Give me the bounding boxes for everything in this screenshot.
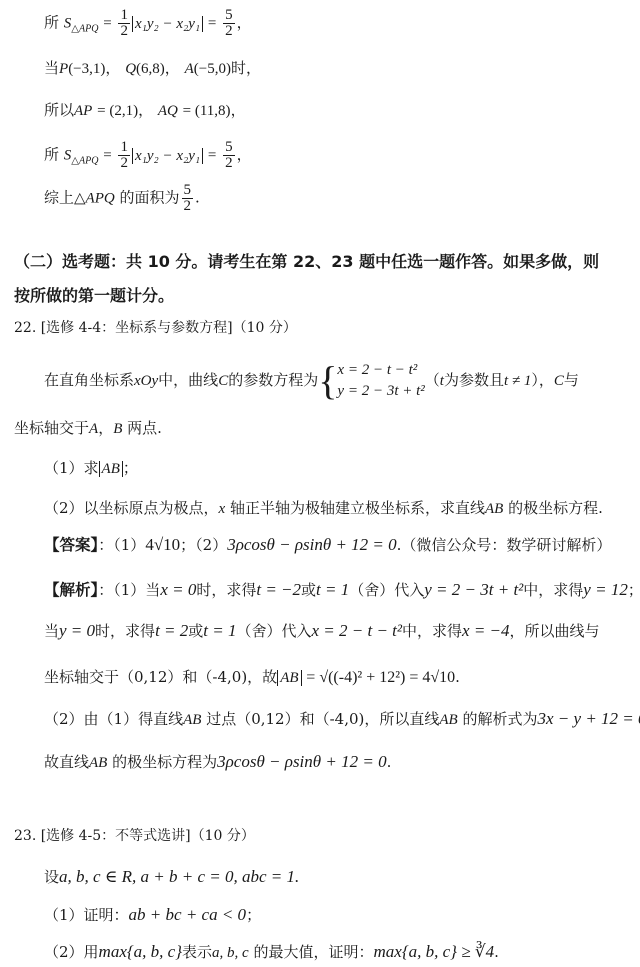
numerator: 5 (223, 140, 235, 156)
math-var: x (219, 501, 226, 517)
text: . (387, 753, 392, 771)
abs-expression: x₁y₂ − x₂y₁ (132, 148, 203, 164)
text: （1）证明： (44, 906, 129, 924)
math-var: xOy (134, 373, 158, 389)
q22-analysis-part-2-line-1: （2）由（1）得直线AB 过点（0,12）和（-4,0)，所以直线AB 的解析式… (44, 709, 640, 730)
q23-part-2: （2）用max{a, b, c}表示a, b, c 的最大值，证明：max{a,… (44, 942, 499, 963)
text: ； (246, 906, 261, 924)
q22-stem-line-2: 坐标轴交于A，B 两点. (14, 418, 162, 439)
vector-value: = (11,8) (183, 103, 231, 119)
answer-label: 【答案】 (44, 536, 98, 554)
fraction: 52 (182, 183, 194, 214)
text: （2）用 (44, 943, 99, 961)
equals: = (103, 148, 111, 164)
q22-analysis-line-2: 当y = 0时，求得t = 2或t = 1（舍）代入x = 2 − t − t²… (44, 621, 600, 641)
text: 坐标轴交于 (14, 419, 89, 437)
math-var: AB (485, 501, 503, 517)
text: 的最大值，证明： (253, 943, 373, 961)
fraction: 52 (223, 140, 235, 171)
math-expr: t ≠ 1 (504, 373, 531, 389)
math-var: APQ (86, 191, 115, 207)
parametric-system: {x = 2 − t − t²y = 2 − 3t + t² (318, 360, 425, 402)
text: 当 (44, 622, 59, 640)
text: ， (231, 101, 246, 119)
text: ， (165, 59, 180, 77)
equation-y: y = 2 − 3t + t² (337, 381, 424, 402)
coords: (−3,1) (68, 61, 105, 77)
text: . (494, 943, 499, 961)
numerator: 1 (118, 140, 130, 156)
math-var: B (113, 421, 122, 437)
math-var: C (554, 373, 564, 389)
numerator: 1 (118, 8, 130, 24)
math-var: A (185, 61, 194, 77)
math-expr: x = 2 − t − t² (312, 621, 403, 640)
text: ：（1）当 (98, 581, 160, 599)
text: 表示 (182, 943, 212, 961)
math-expr: = √((-4)² + 12²) = 4√10 (306, 669, 455, 686)
text: 在直角坐标系 (44, 371, 134, 389)
equation-x: x = 2 − t − t² (337, 360, 424, 381)
subscript: △APQ (71, 24, 98, 35)
denominator: 2 (118, 156, 130, 171)
text: 的解析式为 (463, 710, 538, 728)
text: 两点. (127, 419, 162, 437)
math-var: a, b, c (212, 945, 249, 961)
denominator: 2 (182, 199, 194, 214)
analysis-label: 【解析】 (44, 581, 98, 599)
text: ；（2） (180, 536, 227, 554)
text: 过点（0,12）和（-4,0)，所以直线 (206, 710, 439, 728)
math-var: P (59, 61, 68, 77)
vector-value: = (2,1) (97, 103, 138, 119)
text: .（微信公众号：数学研讨解析） (397, 536, 612, 554)
math-expr: t = 1 (316, 580, 349, 599)
text: （1）求 (44, 459, 99, 477)
q22-part-1: （1）求AB； (44, 458, 138, 479)
text: 轴正半轴为极轴建立极坐标系，求直线 (230, 499, 485, 517)
math-expr: t = 2 (155, 621, 188, 640)
text: 时，求得 (95, 622, 155, 640)
q22-answer: 【答案】：（1）4√10；（2）3ρcosθ − ρsinθ + 12 = 0.… (44, 535, 611, 555)
math-expr: y = 0 (59, 621, 95, 640)
solution-area-line-1: 所 S△APQ = 12x₁y₂ − x₂y₁ = 52， (44, 8, 252, 40)
solution-area-line-2: 当P(−3,1)， Q(6,8)， A(−5,0)时， (44, 58, 261, 79)
math-var: AB (89, 755, 107, 771)
math-expr: y = 12 (583, 580, 628, 599)
text: （舍）代入 (349, 581, 424, 599)
math-var: AB (183, 712, 201, 728)
fraction: 12 (118, 140, 130, 171)
q22-part-2: （2）以坐标原点为极点，x 轴正半轴为极轴建立极坐标系，求直线AB 的极坐标方程… (44, 498, 603, 519)
abs-expression: x₁y₂ − x₂y₁ (132, 16, 203, 32)
text: ， (138, 101, 153, 119)
text: ， (98, 419, 113, 437)
text: 的面积为 (120, 189, 180, 207)
abs-expression: AB (99, 461, 123, 477)
text: 所 (44, 14, 59, 32)
math-expr: 4√10 (145, 535, 180, 554)
q23-stem: 设a, b, c ∈ R, a + b + c = 0, abc = 1. (44, 867, 299, 887)
text: 中，求得 (402, 622, 462, 640)
fraction: 52 (223, 8, 235, 39)
text: 的参数方程为 (228, 371, 318, 389)
text: 中，曲线 (158, 371, 218, 389)
solution-area-line-4: 所 S△APQ = 12x₁y₂ − x₂y₁ = 52， (44, 140, 252, 172)
math-expr: y = 2 − 3t + t² (424, 580, 523, 599)
text: （2）以坐标原点为极点， (44, 499, 219, 517)
math-expr: a, b, c ∈ R, a + b + c = 0, abc = 1. (59, 867, 299, 886)
text: 所以 (44, 101, 74, 119)
coords: (−5,0) (194, 61, 231, 77)
text: （舍）代入 (236, 622, 311, 640)
math-expr: max{a, b, c} (99, 942, 182, 961)
text: 或 (301, 581, 316, 599)
math-expr: x = −4 (462, 621, 510, 640)
text: ； (628, 581, 640, 599)
denominator: 2 (223, 156, 235, 171)
text: 为参数且 (444, 371, 504, 389)
text: 中，求得 (523, 581, 583, 599)
math-expr: ab + bc + ca < 0 (129, 905, 247, 924)
text: ， (237, 146, 252, 164)
denominator: 2 (223, 24, 235, 39)
q22-title: 22. [选修 4-4：坐标系与参数方程]（10 分） (14, 318, 297, 338)
q23-title: 23. [选修 4-5：不等式选讲]（10 分） (14, 826, 255, 846)
section-heading-line-2: 按所做的第一题计分。 (14, 286, 174, 306)
q22-analysis-part-2-line-2: 故直线AB 的极坐标方程为3ρcosθ − ρsinθ + 12 = 0. (44, 752, 391, 773)
denominator: 2 (118, 24, 130, 39)
text: 时， (231, 59, 261, 77)
math-var: A (89, 421, 98, 437)
math-var: AB (439, 712, 457, 728)
brace-symbol: { (318, 358, 337, 403)
text: ）， (531, 371, 554, 389)
math-var: C (218, 373, 228, 389)
q23-part-1: （1）证明：ab + bc + ca < 0； (44, 905, 261, 925)
text: ：（1） (98, 536, 145, 554)
text: ， (237, 14, 252, 32)
subscript: △APQ (71, 156, 98, 167)
equals: = (208, 148, 216, 164)
text: 或 (188, 622, 203, 640)
coords: (6,8) (136, 61, 165, 77)
math-expr: t = 1 (203, 621, 236, 640)
equations: x = 2 − t − t²y = 2 − 3t + t² (337, 360, 424, 402)
text: . (455, 668, 460, 686)
text: 与 (564, 371, 579, 389)
math-expr: t = −2 (256, 580, 301, 599)
text: 设 (44, 868, 59, 886)
q22-stem-line-1: 在直角坐标系xOy中，曲线C的参数方程为{x = 2 − t − t²y = 2… (44, 360, 579, 402)
text: 的极坐标方程. (508, 499, 603, 517)
text: 综上△ (44, 189, 86, 207)
text: 当 (44, 59, 59, 77)
fraction: 12 (118, 8, 130, 39)
text: 坐标轴交于（0,12）和（-4,0)，故 (44, 668, 277, 686)
text: . (195, 189, 200, 207)
section-heading-line-1: （二）选考题：共 10 分。请考生在第 22、23 题中任选一题作答。如果多做，… (14, 252, 599, 272)
q22-analysis-line-3: 坐标轴交于（0,12）和（-4,0)，故AB = √((-4)² + 12²) … (44, 667, 460, 688)
q22-analysis-line-1: 【解析】：（1）当x = 0时，求得t = −2或t = 1（舍）代入y = 2… (44, 580, 640, 600)
math-expr: 3x − y + 12 = 0 (538, 709, 640, 728)
vector-AQ: AQ (158, 103, 178, 119)
solution-area-line-5: 综上△APQ 的面积为52. (44, 183, 200, 214)
math-expr: 3ρcosθ − ρsinθ + 12 = 0 (217, 752, 386, 771)
math-var: Q (125, 61, 136, 77)
math-expr: 3ρcosθ − ρsinθ + 12 = 0 (227, 535, 396, 554)
equals: = (103, 16, 111, 32)
abs-expression: AB (277, 670, 301, 686)
text: （2）由（1）得直线 (44, 710, 183, 728)
text: 故直线 (44, 753, 89, 771)
equals: = (208, 16, 216, 32)
math-expr: x = 0 (160, 580, 196, 599)
text: 的极坐标方程为 (112, 753, 217, 771)
text: ，所以曲线与 (510, 622, 600, 640)
text: 所 (44, 146, 59, 164)
numerator: 5 (223, 8, 235, 24)
numerator: 5 (182, 183, 194, 199)
text: ； (123, 459, 138, 477)
vector-AP: AP (74, 103, 92, 119)
math-expr: max{a, b, c} ≥ ∛4 (374, 942, 495, 961)
solution-area-line-3: 所以AP = (2,1)， AQ = (11,8)， (44, 100, 246, 121)
text: 时，求得 (196, 581, 256, 599)
text: ， (105, 59, 120, 77)
text: （ (425, 371, 440, 389)
